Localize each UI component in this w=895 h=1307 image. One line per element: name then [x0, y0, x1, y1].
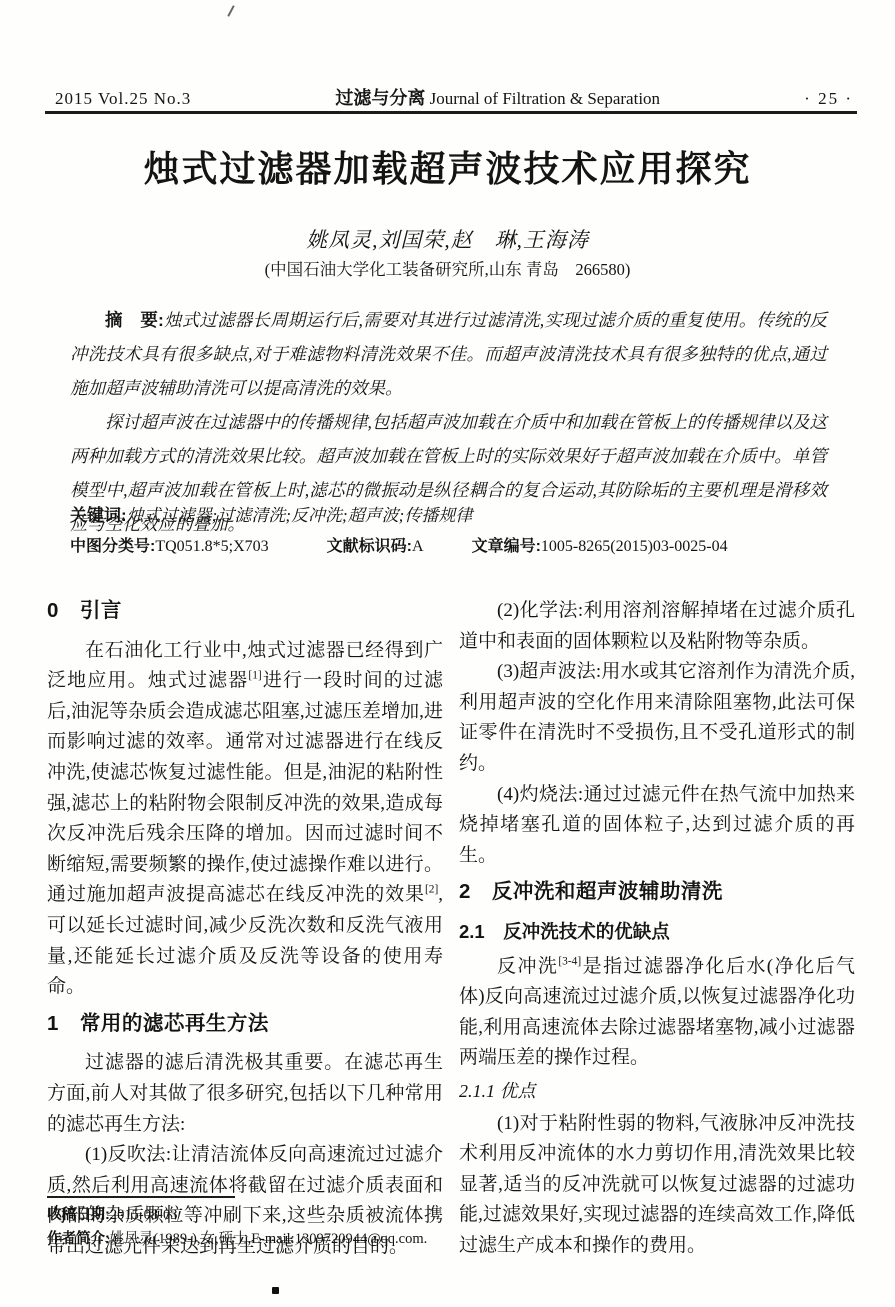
scan-artifact-top: [227, 5, 234, 17]
received-date-label: 收稿日期:: [47, 1207, 110, 1223]
author-list: 姚凤灵,刘国荣,赵 琳,王海涛: [0, 224, 895, 254]
abstract-text-1: 烛式过滤器长周期运行后,需要对其进行过滤清洗,实现过滤介质的重复使用。传统的反冲…: [70, 310, 827, 398]
subsection-heading-2-1-1: 2.1.1 优点: [459, 1076, 855, 1107]
article-id-label: 文章编号:: [472, 538, 541, 555]
intro-paragraph: 在石油化工行业中,烛式过滤器已经得到广泛地应用。烛式过滤器[1]进行一段时间的过…: [47, 636, 443, 1003]
keywords-label: 关键词:: [70, 506, 127, 525]
abstract-paragraph-1: 摘 要:烛式过滤器长周期运行后,需要对其进行过滤清洗,实现过滤介质的重复使用。传…: [70, 303, 827, 405]
paper-page: 2015 Vol.25 No.3 过滤与分离 Journal of Filtra…: [0, 0, 895, 1307]
method-2-paragraph: (2)化学法:利用溶剂溶解掉堵在过滤介质孔道中和表面的固体颗粒以及粘附物等杂质。: [459, 596, 855, 657]
journal-name-en: Journal of Filtration & Separation: [425, 89, 660, 108]
author-bio-line: 作者简介:姚凤灵(1989-),女,硕士,E-mail:1309720944@q…: [47, 1227, 467, 1251]
received-date-value: 2015-08-03: [110, 1207, 178, 1223]
footnote-block: 收稿日期:2015-08-03 作者简介:姚凤灵(1989-),女,硕士,E-m…: [47, 1196, 467, 1251]
article-id-item: 文章编号:1005-8265(2015)03-0025-04: [472, 533, 728, 556]
method-4-paragraph: (4)灼烧法:通过过滤元件在热气流中加热来烧掉堵塞孔道的固体粒子,达到过滤介质的…: [459, 780, 855, 872]
section-heading-1: 1 常用的滤芯再生方法: [47, 1009, 443, 1040]
journal-name-cn: 过滤与分离: [335, 88, 425, 108]
section-heading-0: 0 引言: [47, 596, 443, 627]
clc-label: 中图分类号:: [70, 538, 155, 555]
issue-info: 2015 Vol.25 No.3: [55, 89, 191, 109]
author-bio-value: 姚凤灵(1989-),女,硕士,E-mail:1309720944@qq.com…: [110, 1231, 427, 1247]
doc-code-item: 文献标识码:A: [327, 533, 424, 556]
doc-code-label: 文献标识码:: [327, 538, 412, 555]
subsection-heading-2-1: 2.1 反冲洗技术的优缺点: [459, 917, 855, 948]
journal-header: 2015 Vol.25 No.3 过滤与分离 Journal of Filtra…: [55, 84, 853, 110]
body-columns: 0 引言 在石油化工行业中,烛式过滤器已经得到广泛地应用。烛式过滤器[1]进行一…: [47, 596, 855, 1196]
advantage-1-paragraph: (1)对于粘附性弱的物料,气液脉冲反冲洗技术利用反冲流体的水力剪切作用,清洗效果…: [459, 1109, 855, 1262]
header-rule: [45, 111, 857, 114]
article-id-value: 1005-8265(2015)03-0025-04: [541, 538, 728, 555]
journal-name: 过滤与分离 Journal of Filtration & Separation: [335, 84, 660, 110]
footnote-rule: [47, 1196, 235, 1198]
keywords-text: 烛式过滤器;过滤清洗;反冲洗;超声波;传播规律: [127, 506, 473, 525]
section-heading-2: 2 反冲洗和超声波辅助清洗: [459, 877, 855, 908]
right-column: (2)化学法:利用溶剂溶解掉堵在过滤介质孔道中和表面的固体颗粒以及粘附物等杂质。…: [459, 596, 855, 1196]
doc-code-value: A: [412, 538, 424, 555]
clc-value: TQ051.8*5;X703: [155, 538, 268, 555]
method-3-paragraph: (3)超声波法:用水或其它溶剂作为清洗介质,利用超声波的空化作用来清除阻塞物,此…: [459, 657, 855, 779]
page-number: · 25 ·: [804, 89, 853, 109]
affiliation: (中国石油大学化工装备研究所,山东 青岛 266580): [0, 256, 895, 280]
received-date-line: 收稿日期:2015-08-03: [47, 1203, 467, 1227]
left-column: 0 引言 在石油化工行业中,烛式过滤器已经得到广泛地应用。烛式过滤器[1]进行一…: [47, 596, 443, 1196]
clc-item: 中图分类号:TQ051.8*5;X703: [70, 533, 269, 556]
abstract-label: 摘 要:: [105, 310, 164, 330]
article-title: 烛式过滤器加载超声波技术应用探究: [0, 141, 895, 192]
meta-line: 中图分类号:TQ051.8*5;X703 文献标识码:A 文章编号:1005-8…: [70, 533, 840, 556]
scan-artifact-bottom: [272, 1287, 279, 1294]
backwash-definition-paragraph: 反冲洗[3-4]是指过滤器净化后水(净化后气体)反向高速流过过滤介质,以恢复过滤…: [459, 952, 855, 1074]
author-bio-label: 作者简介:: [47, 1231, 110, 1247]
keywords-line: 关键词:烛式过滤器;过滤清洗;反冲洗;超声波;传播规律: [70, 501, 827, 526]
regen-intro-paragraph: 过滤器的滤后清洗极其重要。在滤芯再生方面,前人对其做了很多研究,包括以下几种常用…: [47, 1048, 443, 1140]
